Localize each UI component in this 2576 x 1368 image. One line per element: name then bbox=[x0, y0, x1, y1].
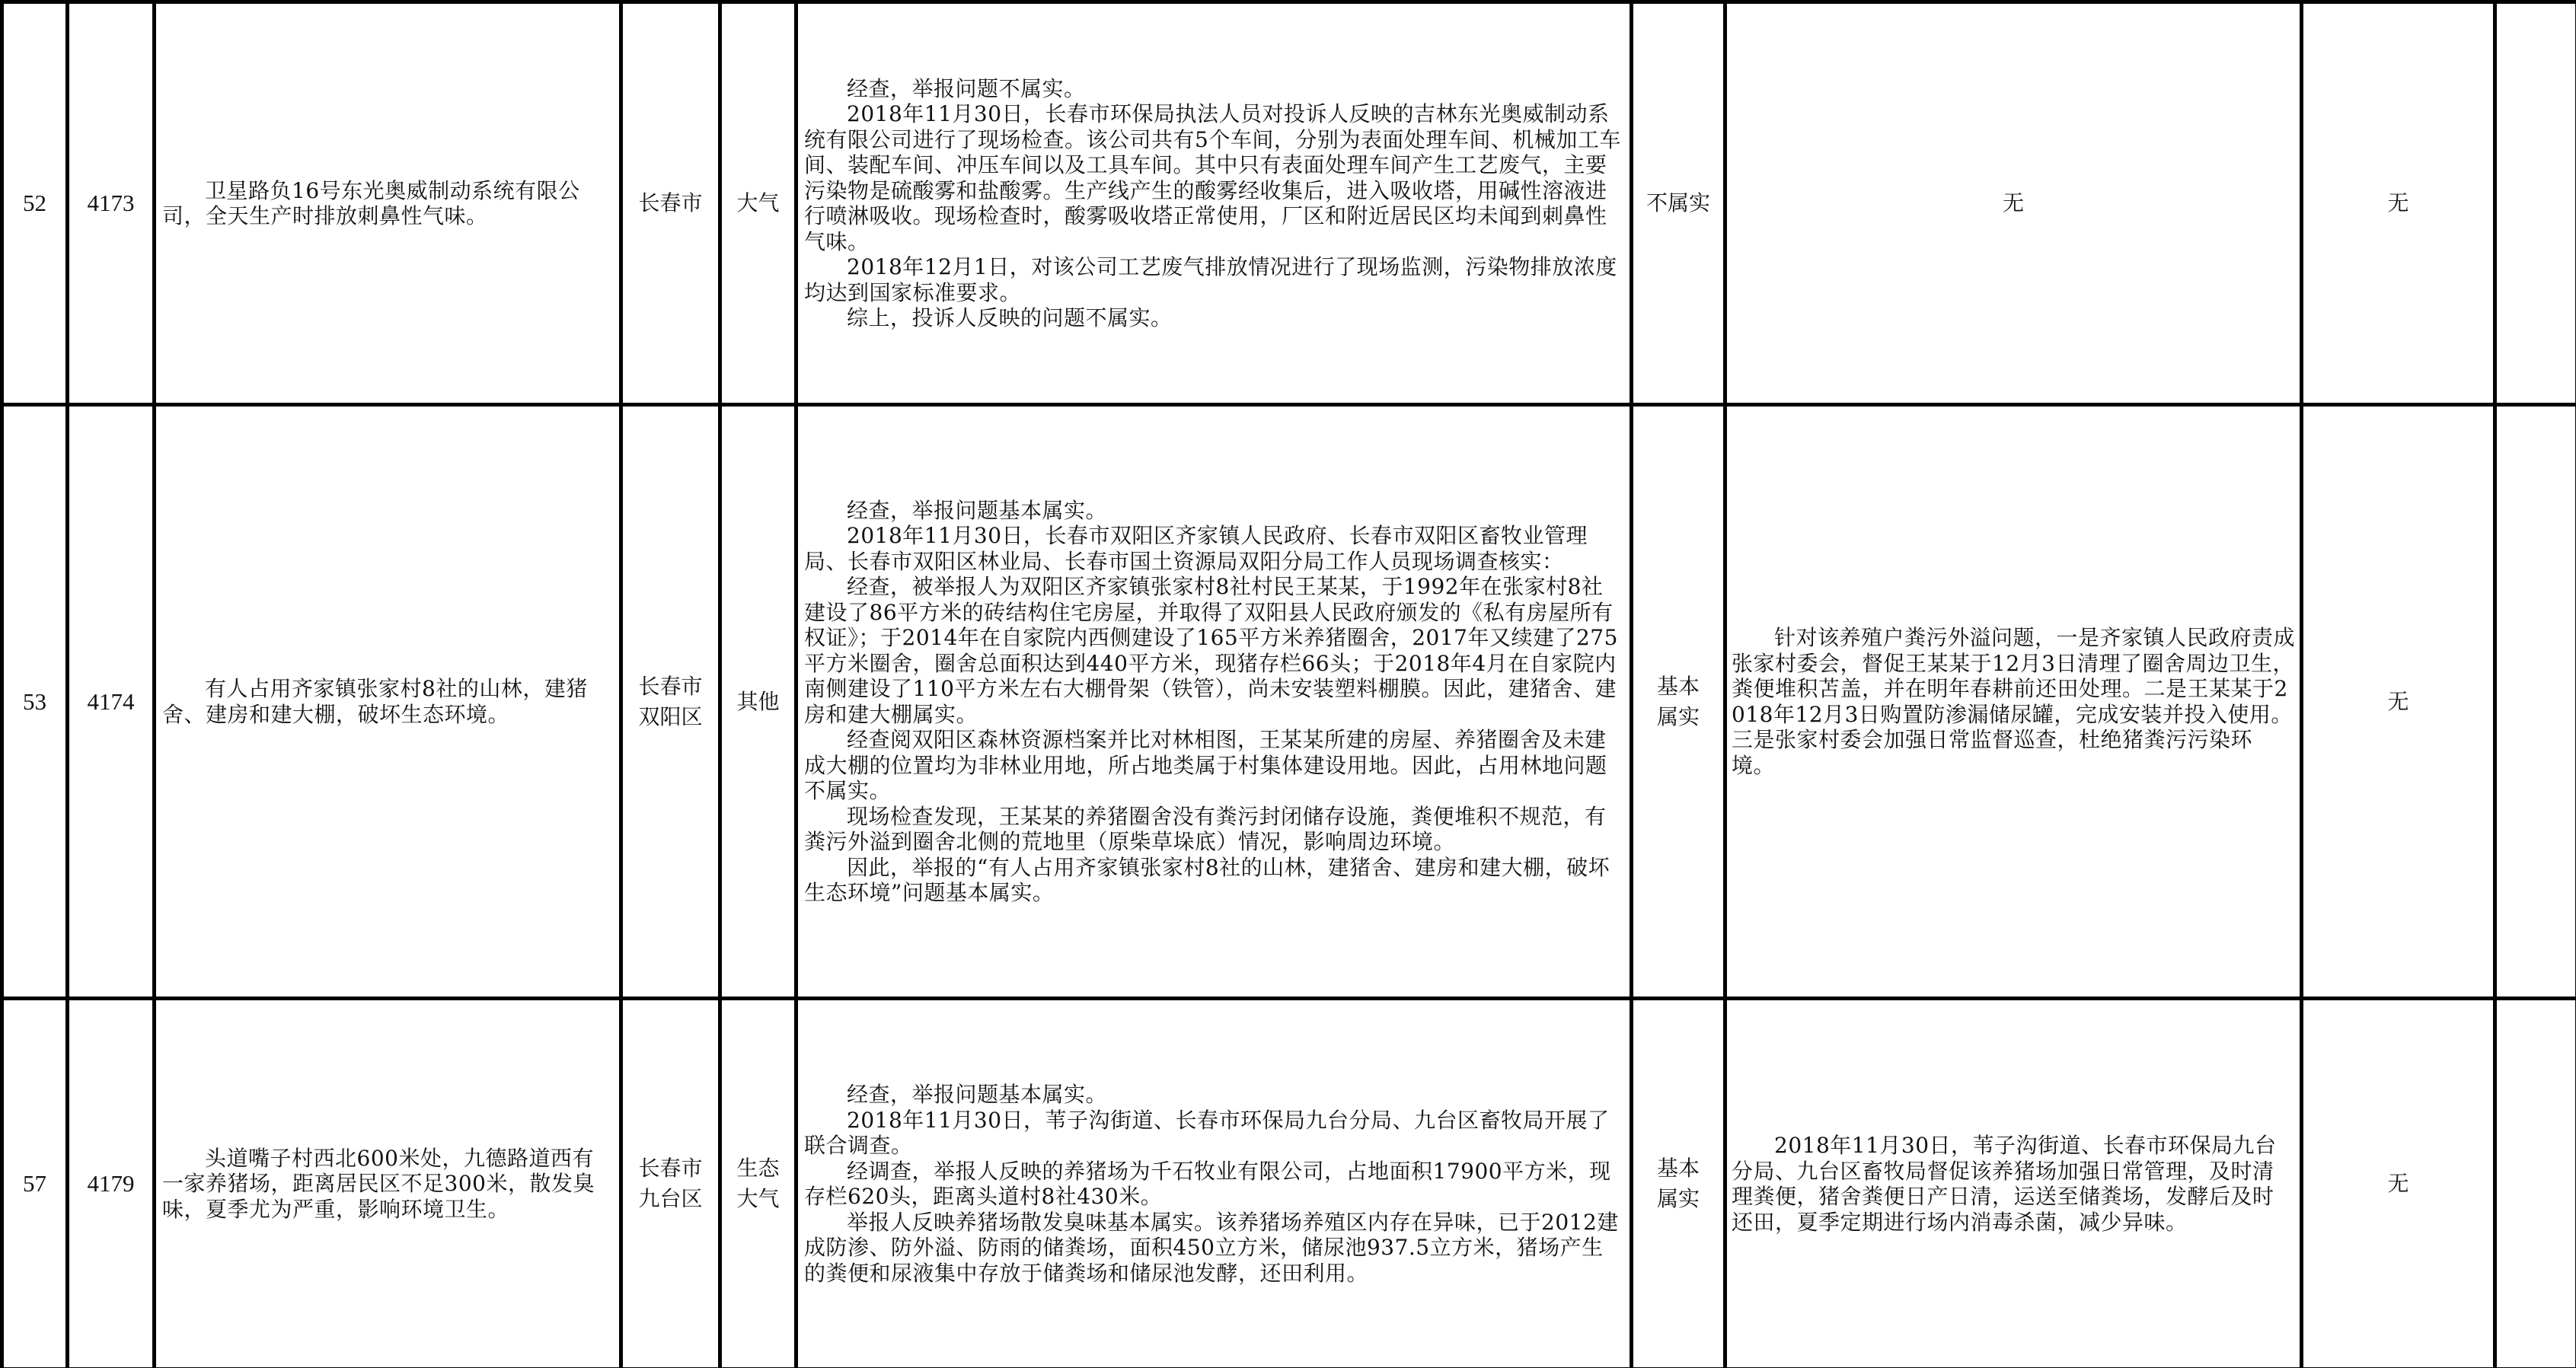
complaint-cell: 有人占用齐家镇张家村8社的山林，建猪舍、建房和建大棚，破坏生态环境。 bbox=[155, 405, 621, 999]
complaint-text: 头道嘴子村西北600米处，九德路道西有一家养猪场，距离居民区不足300米，散发臭… bbox=[162, 1146, 613, 1223]
rectification-text: 针对该养殖户粪污外溢问题，一是齐家镇人民政府责成张家村委会，督促王某某于12月3… bbox=[1732, 625, 2295, 778]
investigation-paragraph: 综上，投诉人反映的问题不属实。 bbox=[804, 305, 1623, 331]
table-row: 57 4179 头道嘴子村西北600米处，九德路道西有一家养猪场，距离居民区不足… bbox=[2, 999, 2576, 1368]
investigation-paragraph: 举报人反映养猪场散发臭味基本属实。该养猪场养殖区内存在异味，已于2012建成防渗… bbox=[804, 1210, 1623, 1287]
verdict-line: 属实 bbox=[1633, 702, 1723, 732]
complaint-cell: 卫星路负16号东光奥威制动系统有限公司，全天生产时排放刺鼻性气味。 bbox=[155, 2, 621, 405]
verdict-line: 不属实 bbox=[1633, 188, 1723, 218]
complaint-text: 有人占用齐家镇张家村8社的山林，建猪舍、建房和建大棚，破坏生态环境。 bbox=[162, 676, 613, 727]
investigation-cell: 经查，举报问题基本属实。 2018年11月30日，苇子沟街道、长春市环保局九台分… bbox=[796, 999, 1632, 1368]
region-cell: 长春市 bbox=[621, 2, 720, 405]
complaint-text: 卫星路负16号东光奥威制动系统有限公司，全天生产时排放刺鼻性气味。 bbox=[162, 178, 613, 229]
investigation-paragraph: 2018年11月30日，长春市双阳区齐家镇人民政府、长春市双阳区畜牧业管理局、长… bbox=[804, 523, 1623, 574]
case-id-cell: 4174 bbox=[68, 405, 155, 999]
verdict-line: 基本 bbox=[1633, 1153, 1723, 1184]
verdict-cell: 不属实 bbox=[1632, 2, 1725, 405]
remark-cell bbox=[2495, 2, 2576, 405]
investigation-paragraph: 因此，举报的“有人占用齐家镇张家村8社的山林，建猪舍、建房和建大棚，破坏生态环境… bbox=[804, 855, 1623, 906]
investigation-paragraph: 经调查，举报人反映的养猪场为千石牧业有限公司，占地面积17900平方米，现存栏6… bbox=[804, 1159, 1623, 1210]
region-line: 九台区 bbox=[623, 1184, 718, 1214]
case-id-cell: 4173 bbox=[68, 2, 155, 405]
remark-cell bbox=[2495, 999, 2576, 1368]
verdict-line: 属实 bbox=[1633, 1184, 1723, 1214]
verdict-cell: 基本 属实 bbox=[1632, 999, 1725, 1368]
pollution-type-line: 生态 bbox=[722, 1153, 794, 1184]
investigation-cell: 经查，举报问题不属实。 2018年11月30日，长春市环保局执法人员对投诉人反映… bbox=[796, 2, 1632, 405]
investigation-paragraph: 2018年11月30日，苇子沟街道、长春市环保局九台分局、九台区畜牧局开展了联合… bbox=[804, 1108, 1623, 1159]
seq-cell: 52 bbox=[2, 2, 68, 405]
seq-cell: 57 bbox=[2, 999, 68, 1368]
pollution-type-cell: 其他 bbox=[720, 405, 796, 999]
accountability-cell: 无 bbox=[2302, 405, 2495, 999]
pollution-type-cell: 大气 bbox=[720, 2, 796, 405]
seq-cell: 53 bbox=[2, 405, 68, 999]
pollution-type-cell: 生态 大气 bbox=[720, 999, 796, 1368]
investigation-paragraph: 2018年11月30日，长春市环保局执法人员对投诉人反映的吉林东光奥威制动系统有… bbox=[804, 101, 1623, 254]
rectification-cell: 针对该养殖户粪污外溢问题，一是齐家镇人民政府责成张家村委会，督促王某某于12月3… bbox=[1725, 405, 2302, 999]
table-row: 52 4173 卫星路负16号东光奥威制动系统有限公司，全天生产时排放刺鼻性气味… bbox=[2, 2, 2576, 405]
pollution-type-line: 大气 bbox=[722, 188, 794, 218]
rectification-cell: 2018年11月30日，苇子沟街道、长春市环保局九台分局、九台区畜牧局督促该养猪… bbox=[1725, 999, 2302, 1368]
remark-cell bbox=[2495, 405, 2576, 999]
investigation-paragraph: 经查，举报问题不属实。 bbox=[804, 76, 1623, 102]
case-id-cell: 4179 bbox=[68, 999, 155, 1368]
region-cell: 长春市 九台区 bbox=[621, 999, 720, 1368]
region-line: 双阳区 bbox=[623, 702, 718, 732]
region-line: 长春市 bbox=[623, 188, 718, 218]
region-line: 长春市 bbox=[623, 671, 718, 702]
complaint-table: 52 4173 卫星路负16号东光奥威制动系统有限公司，全天生产时排放刺鼻性气味… bbox=[0, 0, 2576, 1368]
region-cell: 长春市 双阳区 bbox=[621, 405, 720, 999]
investigation-cell: 经查，举报问题基本属实。 2018年11月30日，长春市双阳区齐家镇人民政府、长… bbox=[796, 405, 1632, 999]
accountability-cell: 无 bbox=[2302, 2, 2495, 405]
investigation-paragraph: 2018年12月1日，对该公司工艺废气排放情况进行了现场监测，污染物排放浓度均达… bbox=[804, 254, 1623, 305]
verdict-cell: 基本 属实 bbox=[1632, 405, 1725, 999]
rectification-cell: 无 bbox=[1725, 2, 2302, 405]
verdict-line: 基本 bbox=[1633, 671, 1723, 702]
accountability-cell: 无 bbox=[2302, 999, 2495, 1368]
complaint-cell: 头道嘴子村西北600米处，九德路道西有一家养猪场，距离居民区不足300米，散发臭… bbox=[155, 999, 621, 1368]
table-row: 53 4174 有人占用齐家镇张家村8社的山林，建猪舍、建房和建大棚，破坏生态环… bbox=[2, 405, 2576, 999]
investigation-paragraph: 经查，举报问题基本属实。 bbox=[804, 498, 1623, 524]
investigation-paragraph: 经查，举报问题基本属实。 bbox=[804, 1082, 1623, 1108]
investigation-paragraph: 经查阅双阳区森林资源档案并比对林相图，王某某所建的房屋、养猪圈舍及未建成大棚的位… bbox=[804, 727, 1623, 804]
region-line: 长春市 bbox=[623, 1153, 718, 1184]
rectification-text: 2018年11月30日，苇子沟街道、长春市环保局九台分局、九台区畜牧局督促该养猪… bbox=[1732, 1133, 2295, 1235]
investigation-paragraph: 现场检查发现，王某某的养猪圈舍没有粪污封闭储存设施，粪便堆积不规范，有粪污外溢到… bbox=[804, 804, 1623, 855]
investigation-paragraph: 经查，被举报人为双阳区齐家镇张家村8社村民王某某，于1992年在张家村8社建设了… bbox=[804, 574, 1623, 727]
pollution-type-line: 其他 bbox=[722, 687, 794, 717]
pollution-type-line: 大气 bbox=[722, 1184, 794, 1214]
